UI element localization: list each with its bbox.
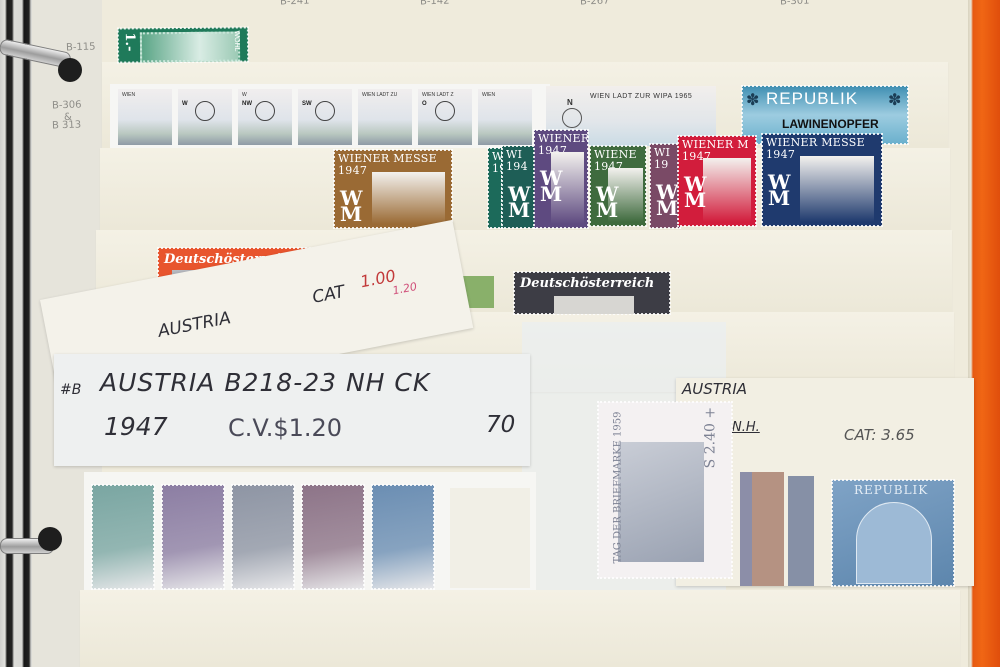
blank-mount [450,488,530,588]
stamp-wiener-messe: WIENER M1947WM [678,136,756,226]
wm-logo-icon: WM [596,186,618,218]
miner-stamp-set [92,485,434,589]
wipa-stamp: WNW [238,89,292,145]
wipa-stamp: WIEN LADT ZO [418,89,472,145]
glassine-envelope-austria-b218[interactable]: #B AUSTRIA B218-23 NH CK 1947 C.V.$1.20 … [54,354,530,466]
wipa-stamp-strip: WIENWWNWSWWIEN LADT ZUWIEN LADT ZOWIEN [118,89,532,145]
faint-label: B-301 [780,0,810,8]
wipa-stamp: WIEN LADT ZU [358,89,412,145]
margin-note: B-306 [52,99,82,111]
faint-label: B-267 [580,0,610,8]
punch-hole-top [58,58,82,82]
flower-ornament-icon: ✽ [746,90,759,110]
wm-logo-icon: WM [656,184,678,216]
margin-note: B 313 [52,119,82,131]
punch-hole-bottom [38,527,62,551]
stamp-miner [162,485,224,589]
wipa-stamp: WIEN [478,89,532,145]
stamp-republik-portrait: REPUBLIK [832,480,954,586]
wipa-stamp: SW [298,89,352,145]
stamp-wiener-messe: WIENE1947WM [590,146,646,226]
wipa-stamp: WIEN [118,89,172,145]
wipa-stamp: W [178,89,232,145]
stamp-tag-der-briefmarke-1959: TAG DER BRIEFMARKE 1959 REPUBLIK ÖSTERRE… [598,402,732,578]
stamp-partial-brown [752,472,784,586]
binder-ring-spine [0,0,32,667]
stamp-wiener-messe: WIENER MESSE1947WM [762,134,882,226]
wm-logo-icon: WM [540,170,562,202]
stamp-miner [372,485,434,589]
stamp-wiener-messe: WI194WM [502,146,536,228]
stamp-miner [92,485,154,589]
stamp-miner [302,485,364,589]
wm-logo-icon: WM [508,186,530,218]
stamp-miner [232,485,294,589]
stock-strip [80,590,960,667]
stamp-wiener-messe: WI19WM [650,144,680,228]
stamp-green-wohl: 1.- WOHL [118,27,248,62]
wm-logo-icon: WM [340,190,362,222]
stamp-wiener-messe: WI19 [488,148,502,228]
margin-note: B-115 [66,41,96,53]
wm-logo-icon: WM [684,176,706,208]
compass-icon [435,101,455,121]
flower-ornament-icon: ✽ [888,90,901,110]
stamp-wiener-messe: WIENER1947WM [534,130,588,228]
stamp-wiener-messe: WIENER MESSE1947WM [334,150,452,228]
stamp-partial [788,476,814,586]
compass-icon [195,101,215,121]
stamp-deutschoesterreich-black: Deutschösterreich [514,272,670,314]
wm-logo-icon: WM [768,174,790,206]
compass-icon [255,101,275,121]
faint-label: B-241 [280,0,310,8]
compass-icon [315,101,335,121]
faint-label: B-142 [420,0,450,8]
